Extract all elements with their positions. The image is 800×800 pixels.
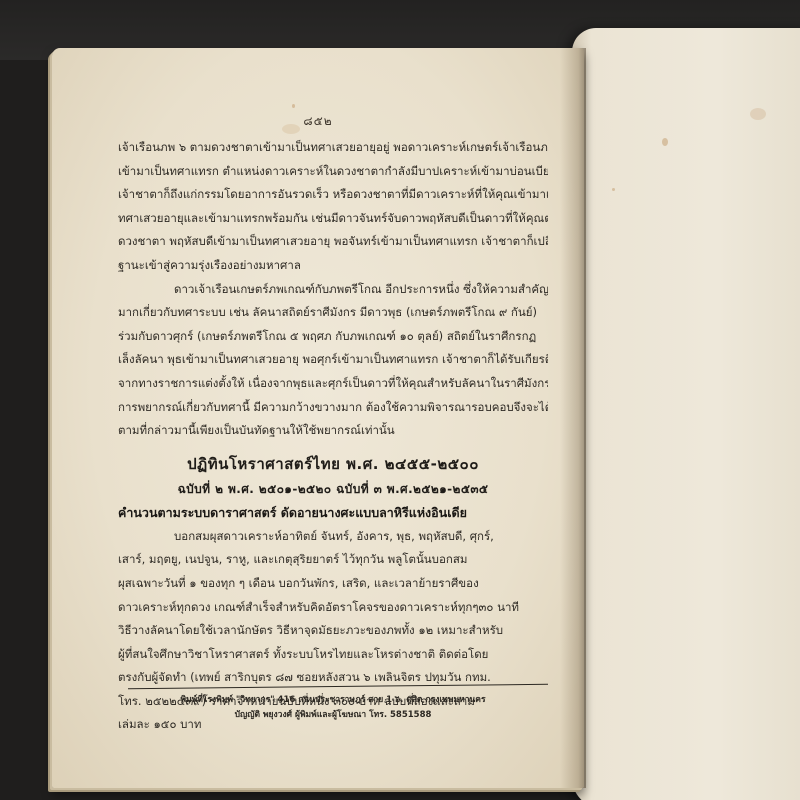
ad-title: ปฏิทินโหราศาสตร์ไทย พ.ศ. ๒๔๕๕-๒๕๐๐	[118, 451, 548, 477]
paragraph-1: เจ้าเรือนภพ ๖ ตามดวงชาตาเข้ามาเป็นทศาเสว…	[118, 136, 548, 278]
paper-stain	[292, 104, 295, 108]
ad-subtitle: ฉบับที่ ๒ พ.ศ. ๒๕๐๑-๒๕๒๐ ฉบับที่ ๓ พ.ศ.๒…	[118, 477, 548, 501]
imprint-line: พิมพ์ที่โรงพิมพ์ "วิทยากร" 416 ถนนประชาร…	[118, 693, 548, 708]
text-line: ทศาเสวยอายุและเข้ามาแทรกพร้อมกัน เช่นมีด…	[118, 207, 548, 231]
imprint-line: บัญญัติ พยุงวงศ์ ผู้พิมพ์และผู้โฆษณา โทร…	[118, 708, 548, 723]
text-line: เล็งลัคนา พุธเข้ามาเป็นทศาเสวยอายุ พอศุก…	[118, 348, 548, 372]
paper-stain	[662, 138, 668, 146]
page-number: ๘๕๒	[52, 112, 584, 131]
book-spine	[560, 48, 586, 788]
printer-imprint: พิมพ์ที่โรงพิมพ์ "วิทยากร" 416 ถนนประชาร…	[118, 693, 548, 723]
ad-line: ผุสเฉพาะวันที่ ๑ ของทุก ๆ เดือน บอกวันพั…	[118, 572, 548, 596]
text-line: ดาวเจ้าเรือนเกษตร์ภพเกณฑ์กับภพตรีโกณ อีก…	[118, 278, 548, 302]
text-line: การพยากรณ์เกี่ยวกับทศานี้ มีความกว้างขวา…	[118, 396, 548, 420]
ad-line: บอกสมผุสดาวเคราะห์อาทิตย์ จันทร์, อังคาร…	[118, 525, 548, 549]
text-line: จากทางราชการแต่งตั้งให้ เนื่องจากพุธและศ…	[118, 372, 548, 396]
paper-stain	[612, 188, 615, 191]
text-line: ตามที่กล่าวมานี้เพียงเป็นบันทัดฐานให้ใช้…	[118, 419, 548, 443]
ad-line: ดาวเคราะห์ทุกดวง เกณฑ์สำเร็จสำหรับคิดอัต…	[118, 596, 548, 620]
ad-line: เสาร์, มฤตยู, เนปจูน, ราหู, และเกตุสุริย…	[118, 548, 548, 572]
ad-line: วิธีวางลัคนาโดยใช้เวลานักษัตร วิธีหาจุดม…	[118, 619, 548, 643]
ad-subtitle-method: คำนวนตามระบบดาราศาสตร์ ดัดอายนางศะแบบลาห…	[118, 501, 548, 525]
text-line: ดวงชาตา พฤหัสบดีเข้ามาเป็นทศาเสวยอายุ พอ…	[118, 230, 548, 254]
right-page	[572, 28, 800, 800]
page-body: เจ้าเรือนภพ ๖ ตามดวงชาตาเข้ามาเป็นทศาเสว…	[118, 136, 548, 737]
text-line: เข้ามาเป็นทศาแทรก ตำแหน่งดาวเคราะห์ในดวง…	[118, 160, 548, 184]
text-line: มากเกี่ยวกับทศาระบบ เช่น ลัคนาสถิตย์ราศี…	[118, 301, 548, 325]
paper-stain	[750, 108, 766, 120]
text-line: ฐานะเข้าสู่ความรุ่งเรืองอย่างมหาศาล	[118, 254, 548, 278]
ad-line: ผู้ที่สนใจศึกษาวิชาโหราศาสตร์ ทั้งระบบโห…	[118, 643, 548, 667]
text-line: ร่วมกับดาวศุกร์ (เกษตร์ภพตรีโกณ ๕ พฤศภ ก…	[118, 325, 548, 349]
paragraph-2: ดาวเจ้าเรือนเกษตร์ภพเกณฑ์กับภพตรีโกณ อีก…	[118, 278, 548, 443]
text-line: เจ้าเรือนภพ ๖ ตามดวงชาตาเข้ามาเป็นทศาเสว…	[118, 136, 548, 160]
text-line: เจ้าชาตาก็ถึงแก่กรรมโดยอาการอันรวดเร็ว ห…	[118, 183, 548, 207]
